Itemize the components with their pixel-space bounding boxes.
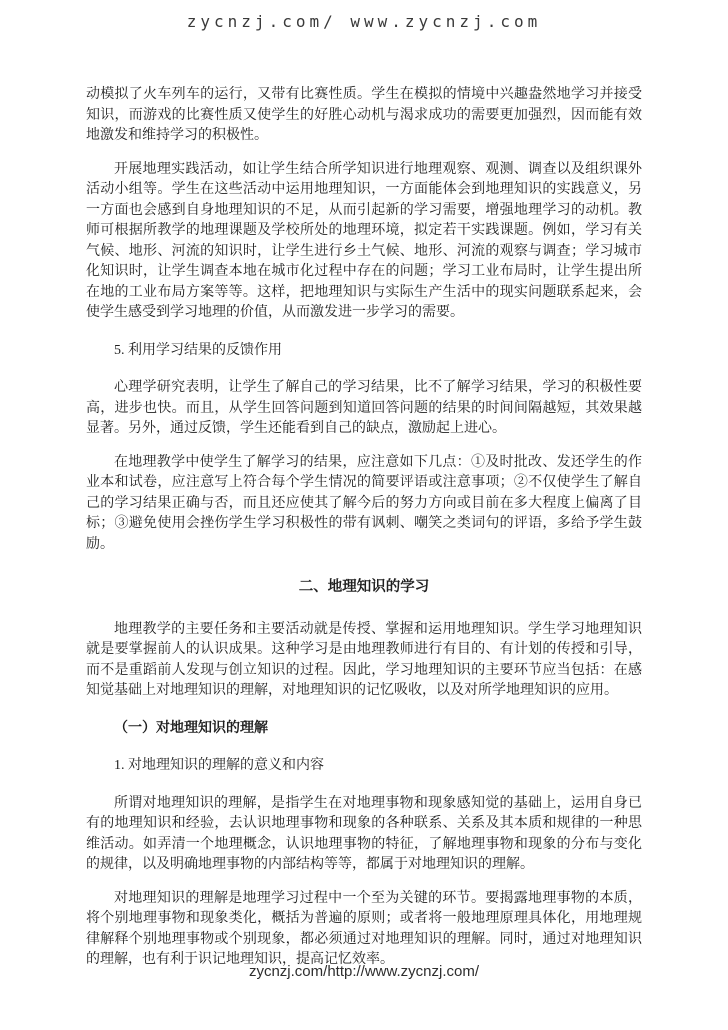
subsection-heading: （一）对地理知识的理解	[86, 719, 642, 740]
paragraph: 在地理教学中使学生了解学习的结果，应注意如下几点：①及时批改、发还学生的作业本和…	[86, 453, 642, 556]
footer-url: zycnzj.com/http://www.zycnzj.com/	[0, 963, 728, 980]
section-title: 二、地理知识的学习	[86, 577, 642, 598]
paragraph: 心理学研究表明，让学生了解自己的学习结果，比不了解学习结果，学习的积极性要高，进…	[86, 378, 642, 440]
paragraph: 地理教学的主要任务和主要活动就是传授、掌握和运用地理知识。学生学习地理知识就是要…	[86, 620, 642, 702]
numbered-subheading: 5. 利用学习结果的反馈作用	[86, 341, 642, 362]
paragraph-continuation: 动模拟了火车列车的运行，又带有比赛性质。学生在模拟的情境中兴趣盎然地学习并接受知…	[86, 85, 642, 147]
header-url: zycnzj.com/ www.zycnzj.com	[0, 12, 728, 31]
document-page: zycnzj.com/ www.zycnzj.com 动模拟了火车列车的运行，又…	[0, 0, 728, 1030]
paragraph: 所谓对地理知识的理解，是指学生在对地理事物和现象感知觉的基础上，运用自身已有的地…	[86, 794, 642, 876]
numbered-subheading: 1. 对地理知识的理解的意义和内容	[86, 756, 642, 777]
paragraph: 对地理知识的理解是地理学习过程中一个至为关键的环节。要揭露地理事物的本质，将个别…	[86, 889, 642, 971]
document-body: 动模拟了火车列车的运行，又带有比赛性质。学生在模拟的情境中兴趣盎然地学习并接受知…	[86, 85, 642, 984]
paragraph: 开展地理实践活动，如让学生结合所学知识进行地理观察、观测、调查以及组织课外活动小…	[86, 160, 642, 324]
